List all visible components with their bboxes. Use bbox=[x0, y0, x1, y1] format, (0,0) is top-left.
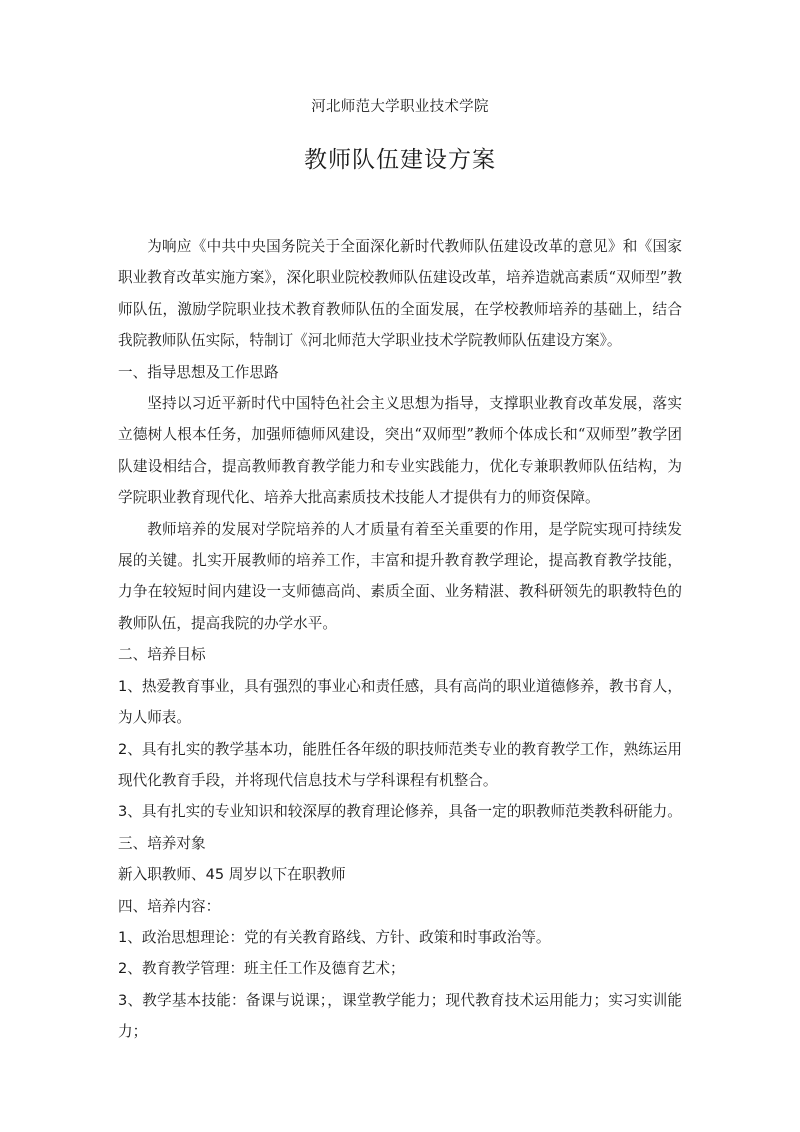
content-item-1: 1、政治思想理论：党的有关教育路线、方针、政策和时事政治等。 bbox=[118, 922, 682, 953]
goal-item-1-text: 、热爱教育事业，具有强烈的事业心和责任感，具有高尚的职业道德修养，教书育人，为人… bbox=[118, 678, 682, 726]
goal-item-1-number: 1 bbox=[118, 678, 127, 695]
goal-item-2-text: 、具有扎实的教学基本功，能胜任各年级的职技师范类专业的教育教学工作，熟练运用现代… bbox=[118, 741, 682, 789]
goal-item-3-text: 、具有扎实的专业知识和较深厚的教育理论修养，具备一定的职教师范类教科研能力。 bbox=[127, 803, 682, 820]
content-item-3-number: 3 bbox=[118, 992, 127, 1009]
goal-item-3-number: 3 bbox=[118, 803, 127, 820]
intro-paragraph: 为响应《中共中央国务院关于全面深化新时代教师队伍建设改革的意见》和《国家职业教育… bbox=[118, 231, 682, 357]
organization-name: 河北师范大学职业技术学院 bbox=[118, 97, 682, 117]
goal-item-3: 3、具有扎实的专业知识和较深厚的教育理论修养，具备一定的职教师范类教科研能力。 bbox=[118, 796, 682, 827]
training-target-suffix: 周岁以下在职教师 bbox=[224, 866, 345, 883]
section-heading-1: 一、指导思想及工作思路 bbox=[118, 357, 682, 388]
training-target: 新入职教师、45 周岁以下在职教师 bbox=[118, 859, 682, 890]
content-item-1-number: 1 bbox=[118, 929, 127, 946]
content-item-1-text: 、政治思想理论：党的有关教育路线、方针、政策和时事政治等。 bbox=[127, 929, 550, 946]
training-target-prefix: 新入职教师、 bbox=[118, 866, 206, 883]
training-target-age: 45 bbox=[206, 866, 225, 883]
goal-item-2-number: 2 bbox=[118, 741, 127, 758]
section-heading-4: 四、培养内容： bbox=[118, 891, 682, 922]
section-heading-3: 三、培养对象 bbox=[118, 828, 682, 859]
content-item-3: 3、教学基本技能：备课与说课；，课堂教学能力；现代教育技术运用能力；实习实训能力… bbox=[118, 985, 682, 1048]
document-body: 为响应《中共中央国务院关于全面深化新时代教师队伍建设改革的意见》和《国家职业教育… bbox=[118, 231, 682, 1048]
section-1-paragraph-1: 坚持以习近平新时代中国特色社会主义思想为指导，支撑职业教育改革发展，落实立德树人… bbox=[118, 388, 682, 514]
section-heading-2: 二、培养目标 bbox=[118, 639, 682, 670]
content-item-2-text: 、教育教学管理：班主任工作及德育艺术； bbox=[127, 960, 404, 977]
content-item-2: 2、教育教学管理：班主任工作及德育艺术； bbox=[118, 953, 682, 984]
goal-item-1: 1、热爱教育事业，具有强烈的事业心和责任感，具有高尚的职业道德修养，教书育人，为… bbox=[118, 671, 682, 734]
content-item-2-number: 2 bbox=[118, 960, 127, 977]
content-item-3-text: 、教学基本技能：备课与说课；，课堂教学能力；现代教育技术运用能力；实习实训能力； bbox=[118, 992, 682, 1040]
goal-item-2: 2、具有扎实的教学基本功，能胜任各年级的职技师范类专业的教育教学工作，熟练运用现… bbox=[118, 734, 682, 797]
section-1-paragraph-2: 教师培养的发展对学院培养的人才质量有着至关重要的作用，是学院实现可持续发展的关键… bbox=[118, 514, 682, 640]
document-title: 教师队伍建设方案 bbox=[118, 143, 682, 177]
